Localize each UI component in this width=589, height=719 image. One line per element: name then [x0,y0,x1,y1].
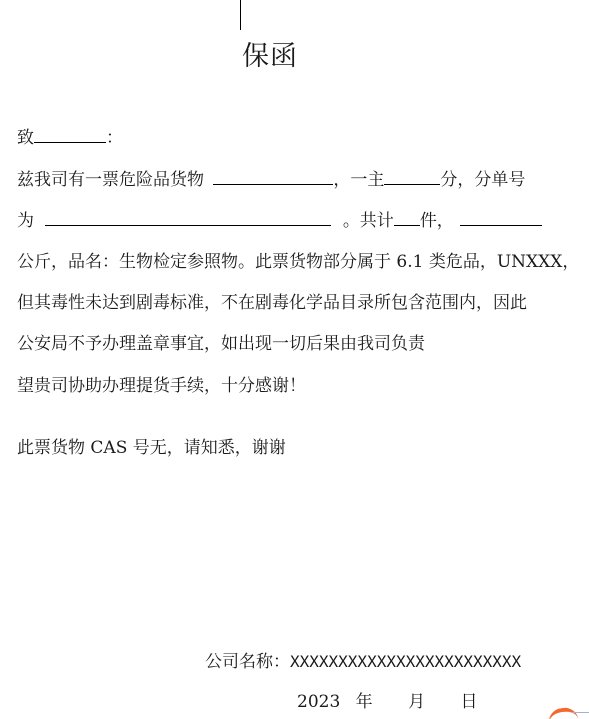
date-month-unit: 月 [408,692,425,712]
pieces-blank[interactable] [394,209,420,226]
salutation-line: 致： [17,126,123,149]
recipient-blank[interactable] [34,126,106,143]
paragraph-line-6: 望贵司协助办理提货手续，十分感谢！ [17,375,306,397]
paragraph-line-3: 公斤，品名：生物检定参照物。此票货物部分属于 6.1 类危品，UNXXX， [17,251,579,273]
cargo-blank[interactable] [213,168,333,185]
text-segment: 。共计 [343,211,394,231]
text-cursor [240,0,241,30]
salutation-colon: ： [106,128,123,148]
weight-blank[interactable] [460,209,542,226]
house-waybill-blank[interactable] [45,209,331,226]
date-line: 2023 年 月 日 [297,687,477,712]
paragraph-line-4: 但其毒性未达到剧毒标准，不在剧毒化学品目录所包含范围内，因此 [17,292,527,314]
date-year: 2023 [297,692,340,712]
company-name-line: 公司名称：XXXXXXXXXXXXXXXXXXXXXXXX [205,647,521,672]
company-name-label: 公司名称： [205,652,290,672]
paragraph-line-5: 公安局不予办理盖章事宜，如出现一切后果由我司负责 [17,333,425,355]
salutation-prefix: 致 [17,128,34,148]
stamp-line [572,712,589,713]
cas-note: 此票货物 CAS 号无，请知悉，谢谢 [17,437,286,459]
paragraph-line-2: 为 。共计件， [17,209,542,232]
company-name-value: XXXXXXXXXXXXXXXXXXXXXXXX [290,652,521,671]
document-title: 保函 [242,34,298,73]
text-segment: ，一主 [333,170,384,190]
master-waybill-blank[interactable] [384,168,440,185]
text-segment: 为 [17,211,34,231]
date-day-unit: 日 [460,692,477,712]
text-segment: 件， [420,211,454,231]
paragraph-line-1: 兹我司有一票危险品货物 ，一主分，分单号 [17,168,525,191]
text-segment: 兹我司有一票危险品货物 [17,170,204,190]
text-segment: 分，分单号 [440,170,525,190]
date-year-unit: 年 [356,692,373,712]
